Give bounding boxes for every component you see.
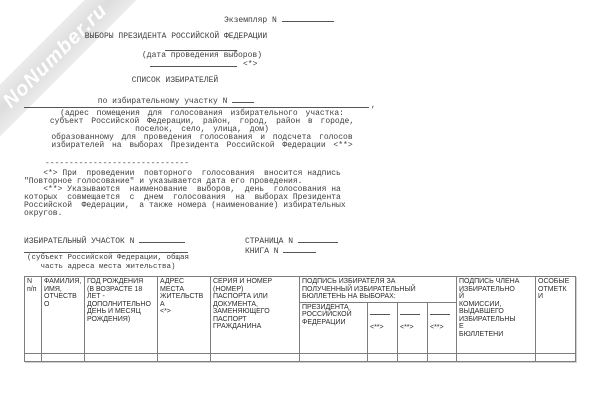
- empty-cell: [428, 353, 457, 361]
- copy-number-line: Экземпляр N: [224, 14, 334, 25]
- book-line: КНИГА N: [245, 245, 316, 256]
- footnotes-block: <*> При проведении повторного голосовани…: [24, 170, 380, 218]
- page-number-blank: [298, 235, 338, 243]
- election-name-blank: [370, 311, 390, 315]
- footnote-ref-2star: <**>: [400, 324, 414, 331]
- col-address-header: АДРЕС МЕСТА ЖИТЕЛЬСТВ А <*>: [158, 277, 211, 354]
- empty-cell: [42, 353, 85, 361]
- document-page: NoNumber.ru Экземпляр N ВЫБОРЫ ПРЕЗИДЕНТ…: [0, 0, 600, 420]
- empty-cell: [158, 353, 211, 361]
- empty-cell: [85, 353, 158, 361]
- election-name-blank: [430, 311, 450, 315]
- col-member-header: ПОДПИСЬ ЧЛЕНА ИЗБИРАТЕЛЬНО Й КОМИССИИ, В…: [457, 277, 536, 354]
- col-president-header: ПРЕЗИДЕНТА РОССИЙСКОЙ ФЕДЕРАЦИИ: [300, 302, 368, 353]
- book-label: КНИГА N: [245, 247, 279, 256]
- copy-number-blank: [282, 14, 334, 22]
- col-other-election-header: <**>: [368, 302, 398, 353]
- empty-cell: [211, 353, 300, 361]
- voters-table: N п/п ФАМИЛИЯ, ИМЯ, ОТЧЕСТВ О ГОД РОЖДЕН…: [24, 276, 576, 362]
- list-title: СПИСОК ИЗБИРАТЕЛЕЙ: [0, 77, 350, 85]
- book-number-blank: [283, 245, 316, 253]
- empty-cell: [300, 353, 368, 361]
- election-name-blank: [400, 311, 420, 315]
- col-birth-header: ГОД РОЖДЕНИЯ (В ВОЗРАСТЕ 18 ЛЕТ - ДОПОЛН…: [85, 277, 158, 354]
- col-num-header: N п/п: [25, 277, 42, 354]
- footnote-line: Российской Федерации, а также номера (на…: [24, 202, 380, 210]
- col-other-election-header: <**>: [398, 302, 428, 353]
- col-passport-header: СЕРИЯ И НОМЕР (НОМЕР) ПАСПОРТА ИЛИ ДОКУМ…: [211, 277, 300, 354]
- station-number-blank: [139, 235, 185, 243]
- station-caption: (субъект Российской Федерации, общая час…: [20, 254, 196, 271]
- col-notes-header: ОСОБЫЕ ОТМЕТК И: [536, 277, 576, 354]
- address-note: (адрес помещения для голосования избират…: [12, 110, 392, 150]
- empty-cell: [25, 353, 42, 361]
- address-blank-line: [24, 100, 369, 108]
- copy-number-label: Экземпляр N: [224, 16, 277, 25]
- footnote-ref-2star: <**>: [430, 324, 444, 331]
- address-comma: ,: [371, 102, 376, 110]
- footnote-divider: ------------------------------: [45, 160, 189, 168]
- footnote-ref-star: <*>: [243, 61, 257, 69]
- address-note-line: избирателей на выборах Президента Россий…: [12, 142, 392, 150]
- date-blank-line-1: [165, 43, 237, 51]
- col-name-header: ФАМИЛИЯ, ИМЯ, ОТЧЕСТВ О: [42, 277, 85, 354]
- col-other-election-header: <**>: [428, 302, 457, 353]
- election-title: ВЫБОРЫ ПРЕЗИДЕНТА РОССИЙСКОЙ ФЕДЕРАЦИИ: [0, 33, 352, 41]
- date-blank-line-2: [150, 59, 237, 67]
- footnote-ref-2star: <**>: [370, 324, 384, 331]
- empty-cell: [398, 353, 428, 361]
- empty-cell: [457, 353, 536, 361]
- empty-cell: [536, 353, 576, 361]
- empty-cell: [368, 353, 398, 361]
- col-signature-group-header: ПОДПИСЬ ИЗБИРАТЕЛЯ ЗА ПОЛУЧЕННЫЙ ИЗБИРАТ…: [300, 277, 457, 303]
- empty-table-row: [25, 353, 576, 361]
- footnote-line: округов.: [24, 210, 380, 218]
- station-subject-blank-line: [24, 245, 188, 253]
